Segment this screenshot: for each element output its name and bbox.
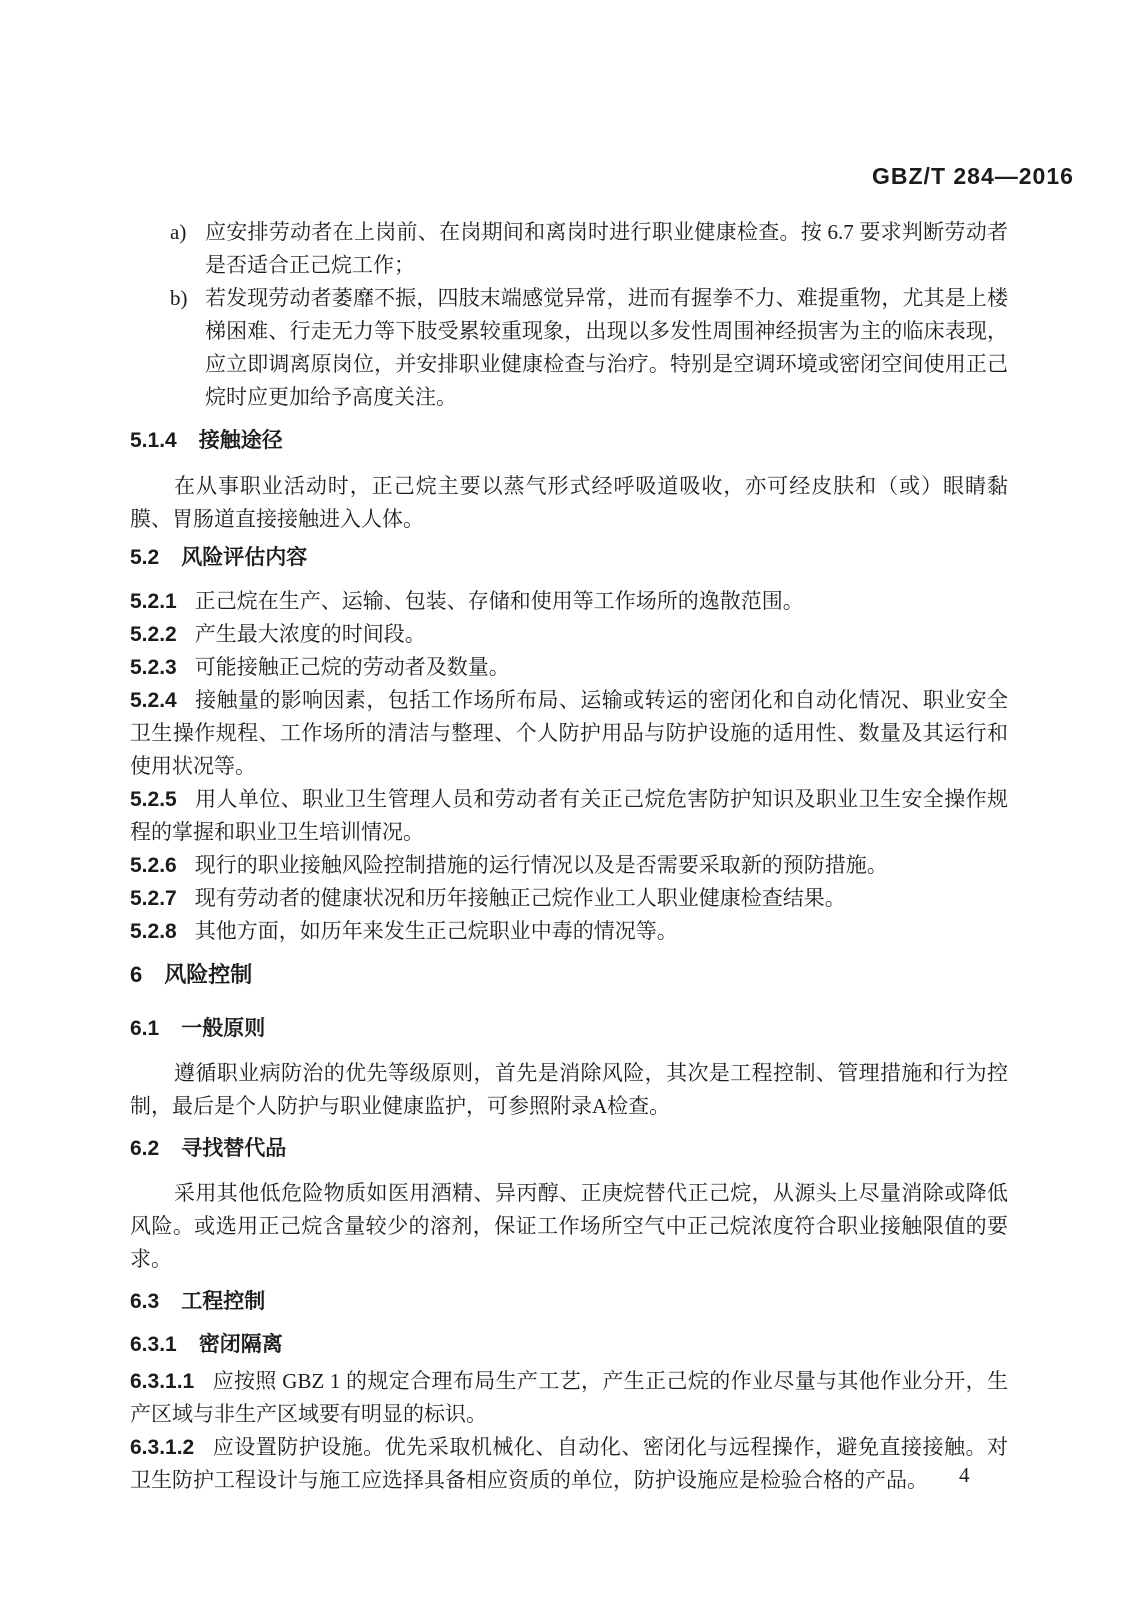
clause-5-2-8: 5.2.8其他方面，如历年来发生正己烷职业中毒的情况等。 <box>130 915 1008 948</box>
clause-text: 用人单位、职业卫生管理人员和劳动者有关正己烷危害防护知识及职业卫生安全操作规程的… <box>130 787 1008 844</box>
clause-number: 5.2.6 <box>130 854 177 877</box>
clause-5-2-3: 5.2.3可能接触正己烷的劳动者及数量。 <box>130 651 1008 684</box>
clause-number: 5.2.5 <box>130 788 177 811</box>
list-item-a-text: 应安排劳动者在上岗前、在岗期间和离岗时进行职业健康检查。按 6.7 要求判断劳动… <box>205 220 1008 277</box>
paragraph-6-2: 采用其他低危险物质如医用酒精、异丙醇、正庚烷替代正己烷，从源头上尽量消除或降低风… <box>130 1177 1008 1276</box>
list-item-b-text: 若发现劳动者萎靡不振，四肢末端感觉异常，进而有握拳不力、难提重物，尤其是上楼梯困… <box>205 286 1008 409</box>
clause-6-3-1-1: 6.3.1.1应按照 GBZ 1 的规定合理布局生产工艺，产生正己烷的作业尽量与… <box>130 1365 1008 1431</box>
section-title: 工程控制 <box>181 1290 265 1313</box>
clause-text: 现有劳动者的健康状况和历年接触正己烷作业工人职业健康检查结果。 <box>195 886 846 910</box>
clause-text: 现行的职业接触风险控制措施的运行情况以及是否需要采取新的预防措施。 <box>195 853 888 877</box>
list-item-b: b) 若发现劳动者萎靡不振，四肢末端感觉异常，进而有握拳不力、难提重物，尤其是上… <box>130 282 1008 414</box>
clause-5-2-4: 5.2.4接触量的影响因素，包括工作场所布局、运输或转运的密闭化和自动化情况、职… <box>130 684 1008 783</box>
section-title: 一般原则 <box>181 1017 265 1040</box>
doc-number-header: GBZ/T 284—2016 <box>872 163 1074 190</box>
section-heading-6-3: 6.3工程控制 <box>130 1285 1008 1318</box>
section-heading-5-2: 5.2风险评估内容 <box>130 541 1008 574</box>
chapter-title: 风险控制 <box>164 962 252 987</box>
section-heading-6-3-1: 6.3.1密闭隔离 <box>130 1328 1008 1361</box>
clause-number: 6.3.1.1 <box>130 1370 194 1393</box>
paragraph-5-1-4: 在从事职业活动时，正己烷主要以蒸气形式经呼吸道吸收，亦可经皮肤和（或）眼睛黏膜、… <box>130 470 1008 536</box>
chapter-number: 6 <box>130 962 142 987</box>
clause-text: 应按照 GBZ 1 的规定合理布局生产工艺，产生正己烷的作业尽量与其他作业分开，… <box>130 1369 1008 1426</box>
clause-number: 6.3.1.2 <box>130 1436 194 1459</box>
clause-number: 5.2.2 <box>130 623 177 646</box>
section-number: 6.3.1 <box>130 1333 177 1356</box>
clause-5-2-2: 5.2.2产生最大浓度的时间段。 <box>130 618 1008 651</box>
clause-text: 可能接触正己烷的劳动者及数量。 <box>195 655 510 679</box>
section-title: 寻找替代品 <box>181 1137 286 1160</box>
clause-number: 5.2.7 <box>130 887 177 910</box>
page-content: a) 应安排劳动者在上岗前、在岗期间和离岗时进行职业健康检查。按 6.7 要求判… <box>130 216 1008 1497</box>
paragraph-6-1: 遵循职业病防治的优先等级原则，首先是消除风险，其次是工程控制、管理措施和行为控制… <box>130 1057 1008 1123</box>
clause-number: 5.2.4 <box>130 689 177 712</box>
page-number: 4 <box>959 1463 970 1488</box>
section-number: 5.2 <box>130 546 159 569</box>
clause-text: 正己烷在生产、运输、包装、存储和使用等工作场所的逸散范围。 <box>195 589 804 613</box>
clause-text: 产生最大浓度的时间段。 <box>195 622 426 646</box>
section-title: 风险评估内容 <box>181 546 307 569</box>
clause-text: 接触量的影响因素，包括工作场所布局、运输或转运的密闭化和自动化情况、职业安全卫生… <box>130 688 1008 778</box>
list-item-a: a) 应安排劳动者在上岗前、在岗期间和离岗时进行职业健康检查。按 6.7 要求判… <box>130 216 1008 282</box>
document-page: GBZ/T 284—2016 a) 应安排劳动者在上岗前、在岗期间和离岗时进行职… <box>0 0 1132 1600</box>
section-heading-5-1-4: 5.1.4接触途径 <box>130 424 1008 457</box>
clause-5-2-6: 5.2.6现行的职业接触风险控制措施的运行情况以及是否需要采取新的预防措施。 <box>130 849 1008 882</box>
section-number: 6.3 <box>130 1290 159 1313</box>
clause-6-3-1-2: 6.3.1.2应设置防护设施。优先采取机械化、自动化、密闭化与远程操作，避免直接… <box>130 1431 1008 1497</box>
clause-text: 其他方面，如历年来发生正己烷职业中毒的情况等。 <box>195 919 678 943</box>
chapter-heading-6: 6风险控制 <box>130 957 1008 993</box>
clause-number: 5.2.1 <box>130 590 177 613</box>
section-title: 密闭隔离 <box>199 1333 283 1356</box>
clause-number: 5.2.8 <box>130 920 177 943</box>
section-heading-6-2: 6.2寻找替代品 <box>130 1132 1008 1165</box>
section-title: 接触途径 <box>199 429 283 452</box>
list-item-a-label: a) <box>170 216 186 249</box>
clause-5-2-5: 5.2.5用人单位、职业卫生管理人员和劳动者有关正己烷危害防护知识及职业卫生安全… <box>130 783 1008 849</box>
section-number: 6.1 <box>130 1017 159 1040</box>
list-item-b-label: b) <box>170 282 188 315</box>
section-number: 6.2 <box>130 1137 159 1160</box>
section-number: 5.1.4 <box>130 429 177 452</box>
clause-text: 应设置防护设施。优先采取机械化、自动化、密闭化与远程操作，避免直接接触。对卫生防… <box>130 1435 1008 1492</box>
section-heading-6-1: 6.1一般原则 <box>130 1012 1008 1045</box>
clause-5-2-7: 5.2.7现有劳动者的健康状况和历年接触正己烷作业工人职业健康检查结果。 <box>130 882 1008 915</box>
clause-number: 5.2.3 <box>130 656 177 679</box>
clause-5-2-1: 5.2.1正己烷在生产、运输、包装、存储和使用等工作场所的逸散范围。 <box>130 585 1008 618</box>
